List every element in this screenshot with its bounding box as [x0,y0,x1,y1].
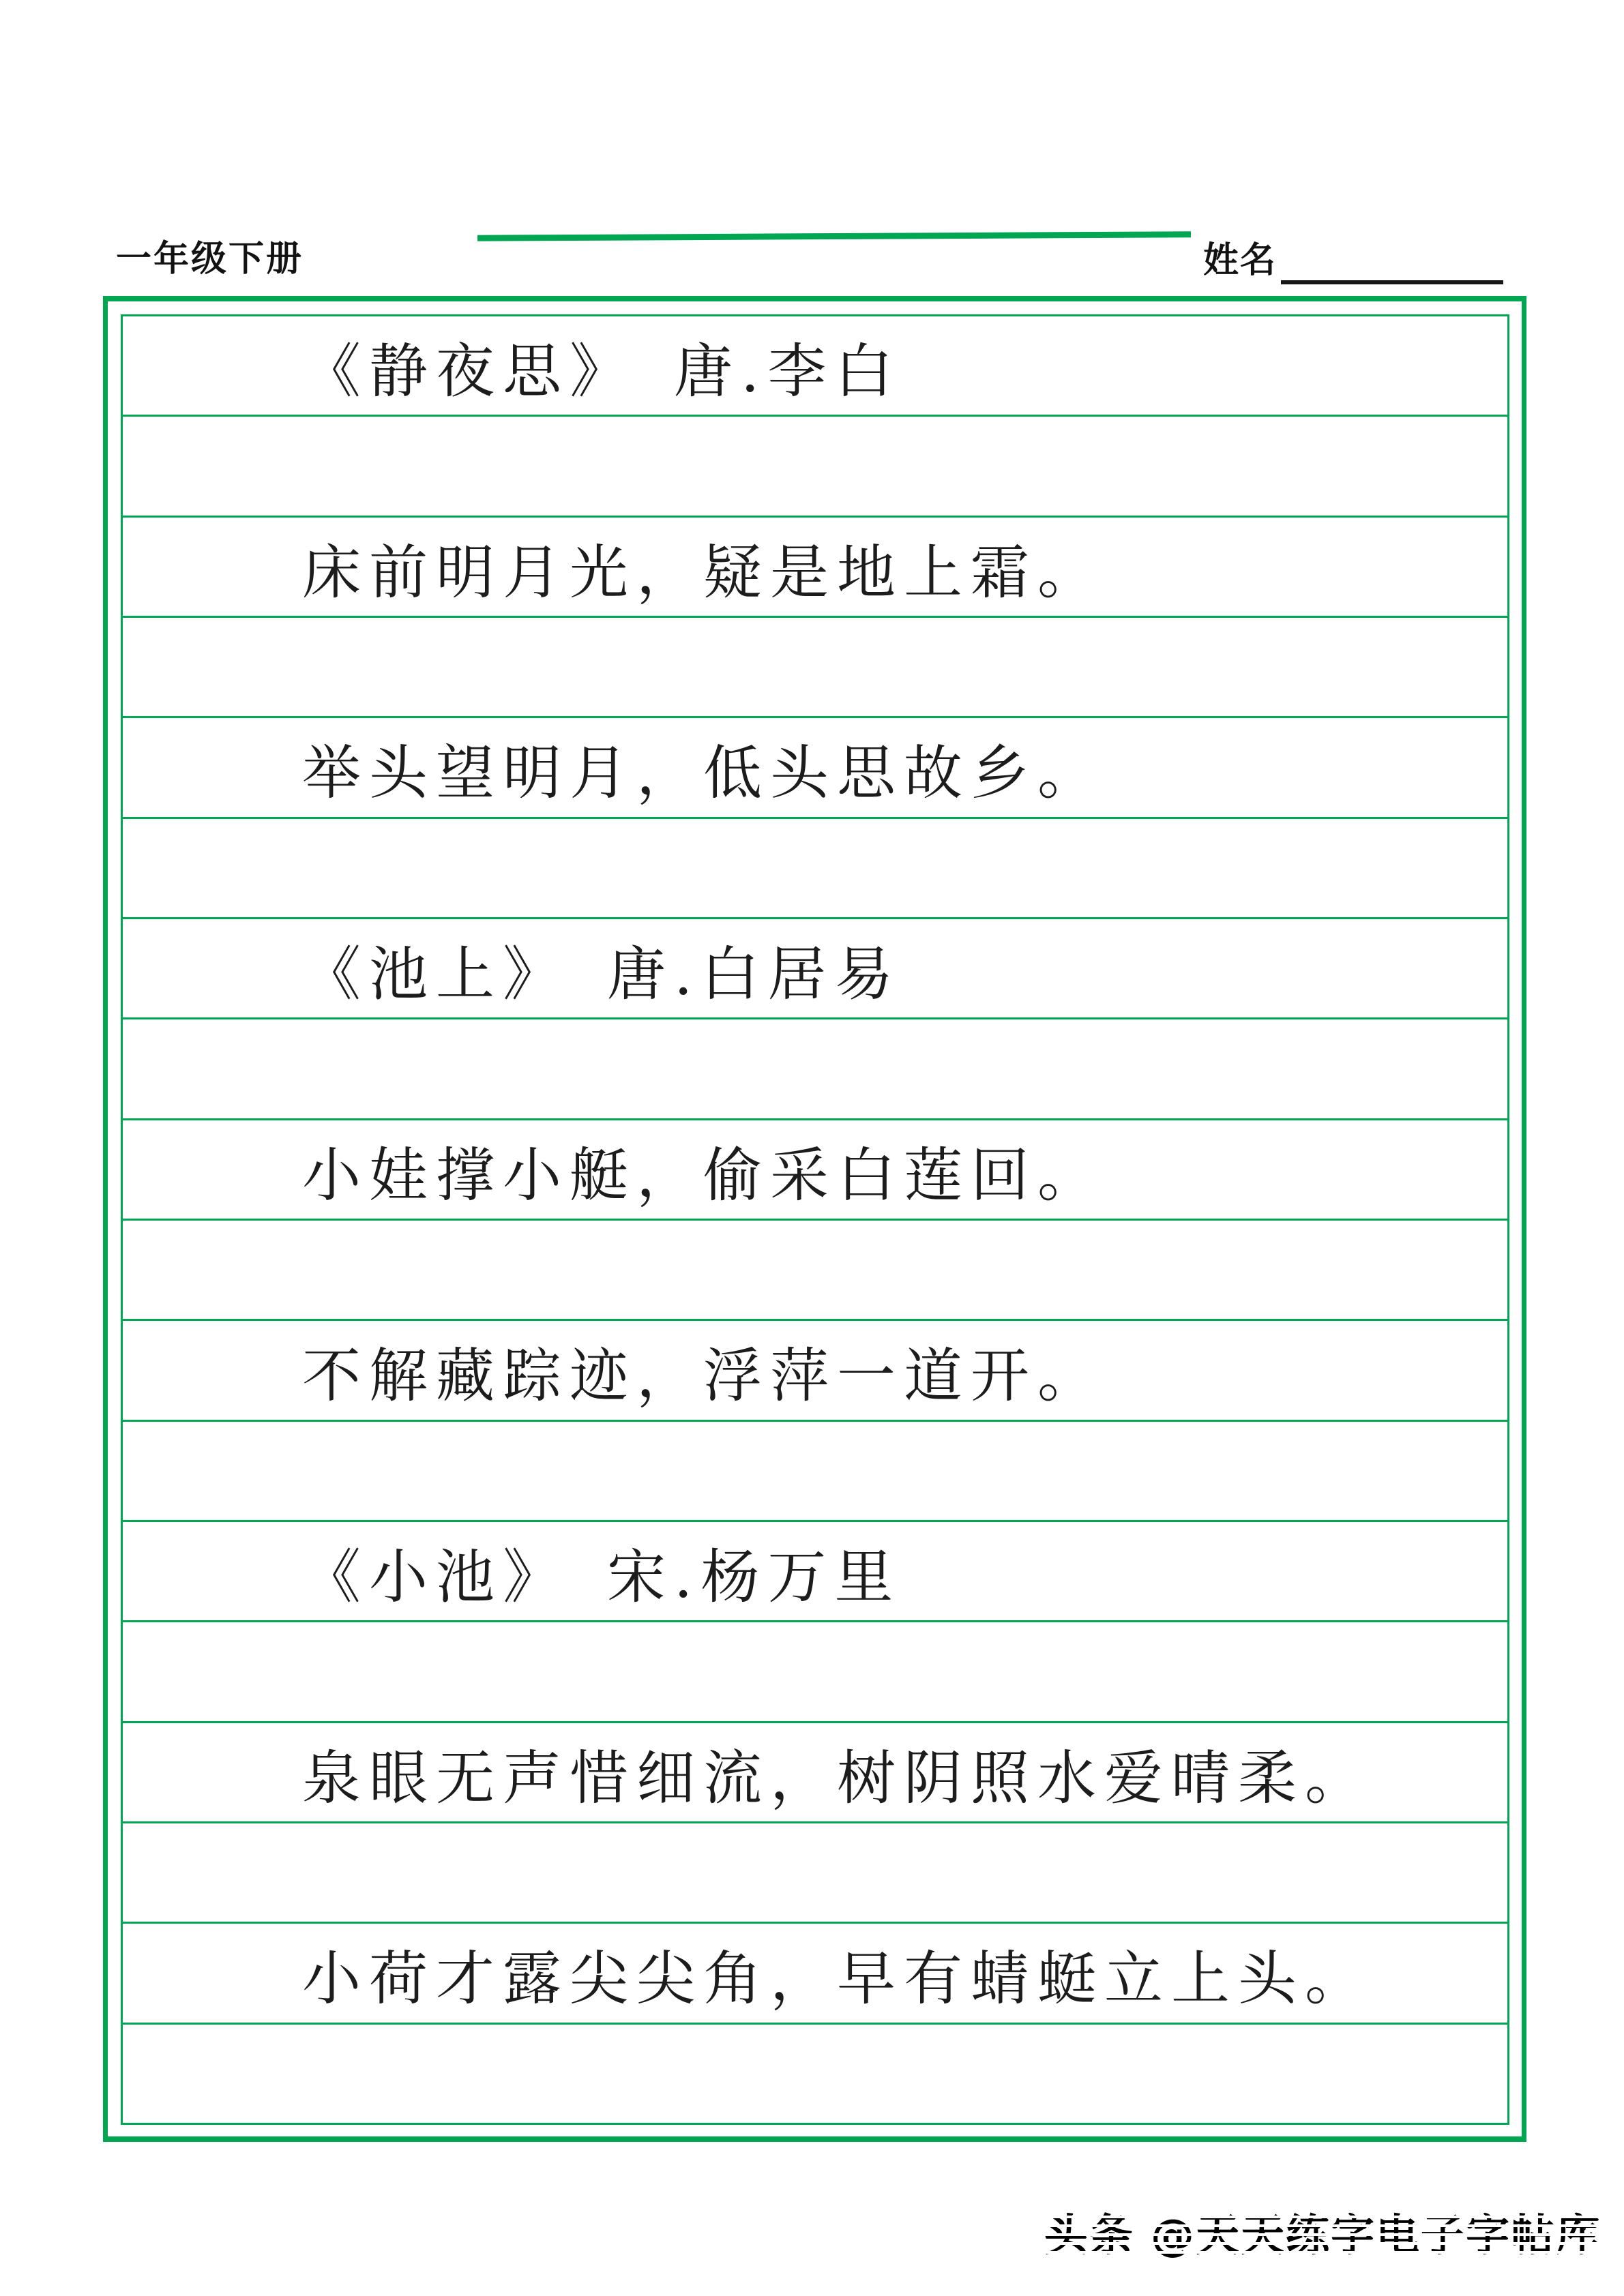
poem-title: 《池上》 唐.白居易 [123,945,901,1004]
practice-blank-row [123,1620,1507,1720]
watermark: 头条 @天天练字电子字帖库 [1044,2209,1601,2263]
poem-title-row: 《小池》 宋.杨万里 [123,1520,1507,1620]
practice-blank-row [123,1017,1507,1118]
poem-verse-row: 小娃撑小艇，偷采白莲回。 [123,1118,1507,1219]
poem-verse-row: 小荷才露尖尖角，早有蜻蜓立上头。 [123,1922,1507,2022]
poem-verse: 泉眼无声惜细流，树阴照水爱晴柔。 [123,1749,1372,1808]
poem-verse-row: 床前明月光，疑是地上霜。 [123,516,1507,616]
practice-grid: 《静夜思》 唐.李白 床前明月光，疑是地上霜。 举头望明月，低头思故乡。 《池上… [121,314,1509,2125]
poem-verse: 不解藏踪迹，浮萍一道开。 [123,1347,1104,1405]
poem-verse: 举头望明月，低头思故乡。 [123,744,1104,803]
practice-blank-row [123,1420,1507,1520]
poem-verse-row: 泉眼无声惜细流，树阴照水爱晴柔。 [123,1721,1507,1821]
practice-blank-row [123,1219,1507,1319]
practice-blank-row [123,2023,1507,2123]
poem-title-row: 《静夜思》 唐.李白 [123,316,1507,415]
poem-verse: 小荷才露尖尖角，早有蜻蜓立上头。 [123,1950,1372,2008]
practice-blank-row [123,616,1507,716]
poem-verse-row: 不解藏踪迹，浮萍一道开。 [123,1319,1507,1419]
name-blank-line [1281,280,1503,284]
poem-title-row: 《池上》 唐.白居易 [123,917,1507,1017]
poem-verse-row: 举头望明月，低头思故乡。 [123,716,1507,816]
poem-title: 《小池》 宋.杨万里 [123,1548,901,1607]
practice-blank-row [123,817,1507,917]
practice-blank-row [123,415,1507,515]
grade-label: 一年级下册 [116,241,304,277]
practice-blank-row [123,1821,1507,1922]
poem-verse: 床前明月光，疑是地上霜。 [123,543,1104,602]
worksheet-page: 一年级下册 姓名 《静夜思》 唐.李白 床前明月光，疑是地上霜。 举头望明月，低… [0,0,1624,2296]
poem-title: 《静夜思》 唐.李白 [123,342,901,401]
header-green-rule [477,231,1191,241]
watermark-text: 头条 @天天练字电子字帖库 [1044,2211,1601,2261]
poem-verse: 小娃撑小艇，偷采白莲回。 [123,1146,1104,1205]
name-label: 姓名 [1203,243,1277,278]
